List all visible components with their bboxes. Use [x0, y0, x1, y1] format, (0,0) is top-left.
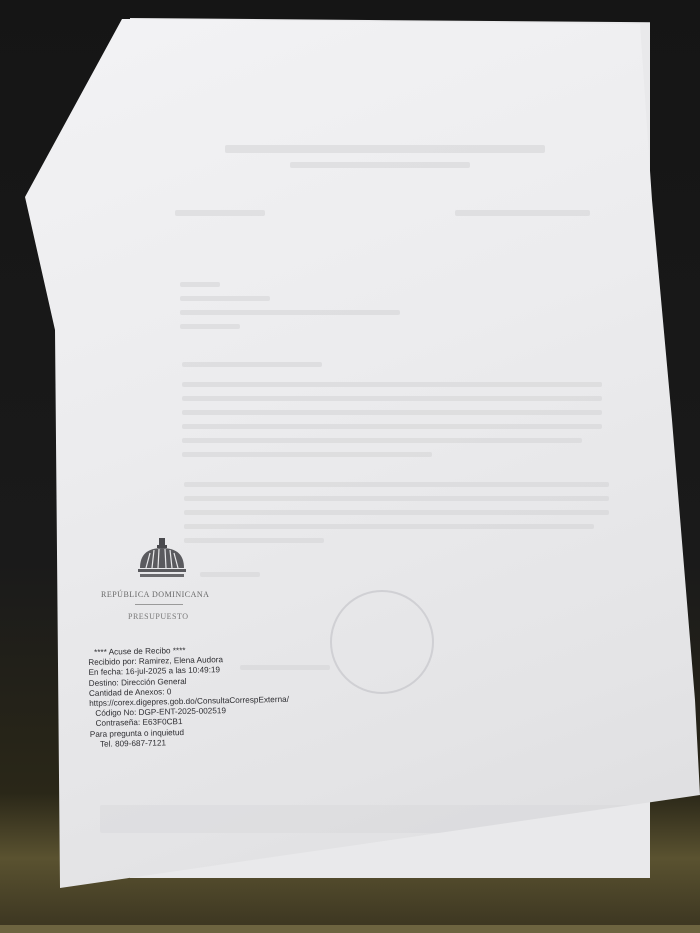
ghost-line — [184, 538, 324, 543]
ghost-line — [182, 396, 602, 401]
ghost-title — [225, 145, 545, 153]
ghost-date-right — [455, 210, 590, 216]
seal-divider — [135, 604, 183, 605]
ghost-line — [182, 424, 602, 429]
receipt-stamp: **** Acuse de Recibo **** Recibido por: … — [88, 644, 290, 750]
ghost-line — [180, 324, 240, 329]
faint-stamp — [330, 590, 434, 694]
national-palace-dome-icon — [132, 536, 192, 582]
ghost-line — [182, 410, 602, 415]
ghost-line — [200, 572, 260, 577]
ghost-date-left — [175, 210, 265, 216]
seal-country: REPÚBLICA DOMINICANA — [101, 590, 209, 599]
seal-office: PRESUPUESTO — [128, 612, 188, 621]
ghost-line — [182, 438, 582, 443]
ghost-line — [184, 482, 609, 487]
ghost-line — [182, 452, 432, 457]
ghost-line — [180, 296, 270, 301]
ghost-line — [184, 510, 609, 515]
ghost-line — [182, 362, 322, 367]
ghost-line — [180, 310, 400, 315]
ghost-line — [184, 496, 609, 501]
ghost-line — [180, 282, 220, 287]
ghost-line — [184, 524, 594, 529]
ghost-subtitle — [290, 162, 470, 168]
document-page — [0, 0, 700, 933]
ghost-line — [182, 382, 602, 387]
desk-edge — [0, 925, 700, 933]
